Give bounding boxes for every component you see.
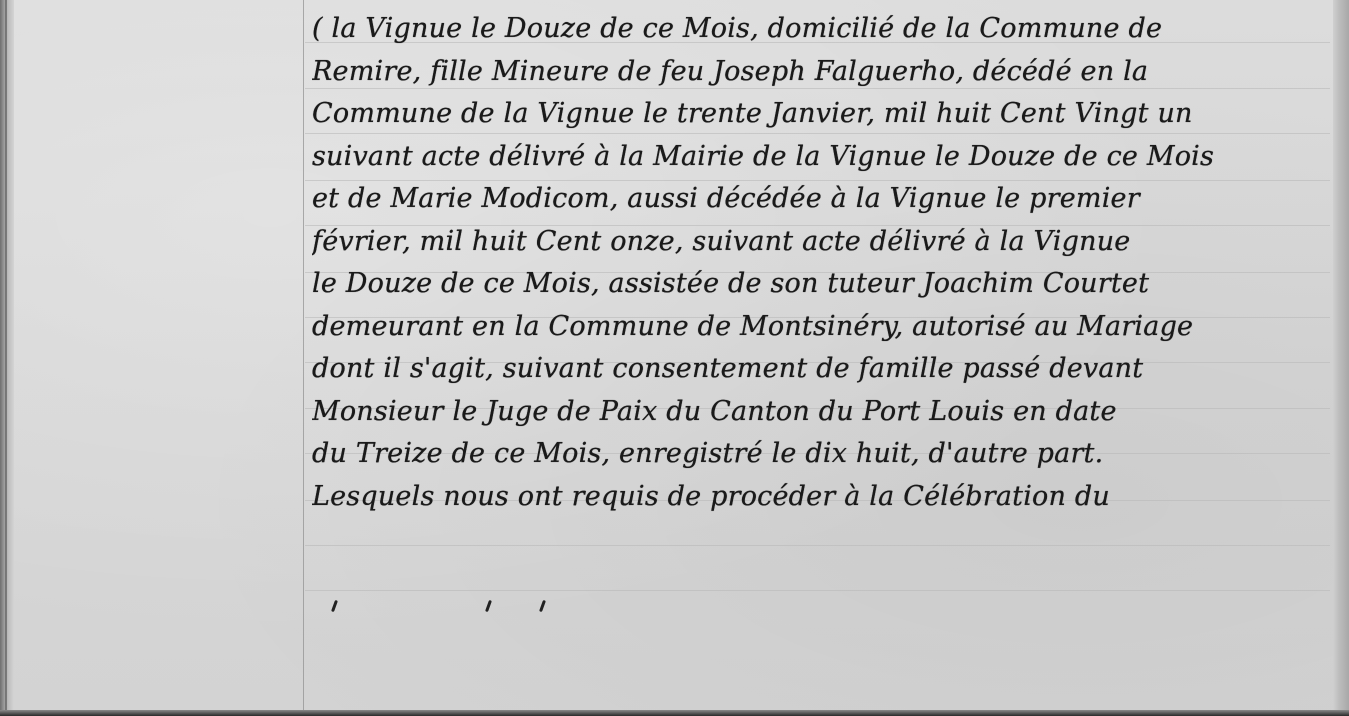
ruled-line (305, 545, 1330, 546)
handwritten-text-block: ( la Vignue le Douze de ce Mois, domicil… (312, 8, 1322, 518)
page-right-edge (1333, 0, 1349, 716)
margin-rule (303, 0, 304, 716)
text-line: dont il s'agit, suivant consentement de … (312, 348, 1322, 391)
text-line: Monsieur le Juge de Paix du Canton du Po… (312, 391, 1322, 434)
binding-edge (0, 0, 14, 716)
text-line: suivant acte délivré à la Mairie de la V… (312, 136, 1322, 179)
descender-stroke (485, 600, 492, 612)
register-page: ( la Vignue le Douze de ce Mois, domicil… (0, 0, 1349, 716)
text-line: Lesquels nous ont requis de procéder à l… (312, 476, 1322, 519)
ruled-line (305, 590, 1330, 591)
binding-line (5, 0, 7, 716)
text-line: et de Marie Modicom, aussi décédée à la … (312, 178, 1322, 221)
page-bottom-edge (0, 710, 1349, 716)
text-line: février, mil huit Cent onze, suivant act… (312, 221, 1322, 264)
text-line: ( la Vignue le Douze de ce Mois, domicil… (312, 8, 1322, 51)
descender-stroke (539, 600, 546, 612)
text-line: demeurant en la Commune de Montsinéry, a… (312, 306, 1322, 349)
text-line: Commune de la Vignue le trente Janvier, … (312, 93, 1322, 136)
text-line: le Douze de ce Mois, assistée de son tut… (312, 263, 1322, 306)
descender-stroke (331, 600, 338, 612)
text-line: Remire, fille Mineure de feu Joseph Falg… (312, 51, 1322, 94)
text-line: du Treize de ce Mois, enregistré le dix … (312, 433, 1322, 476)
